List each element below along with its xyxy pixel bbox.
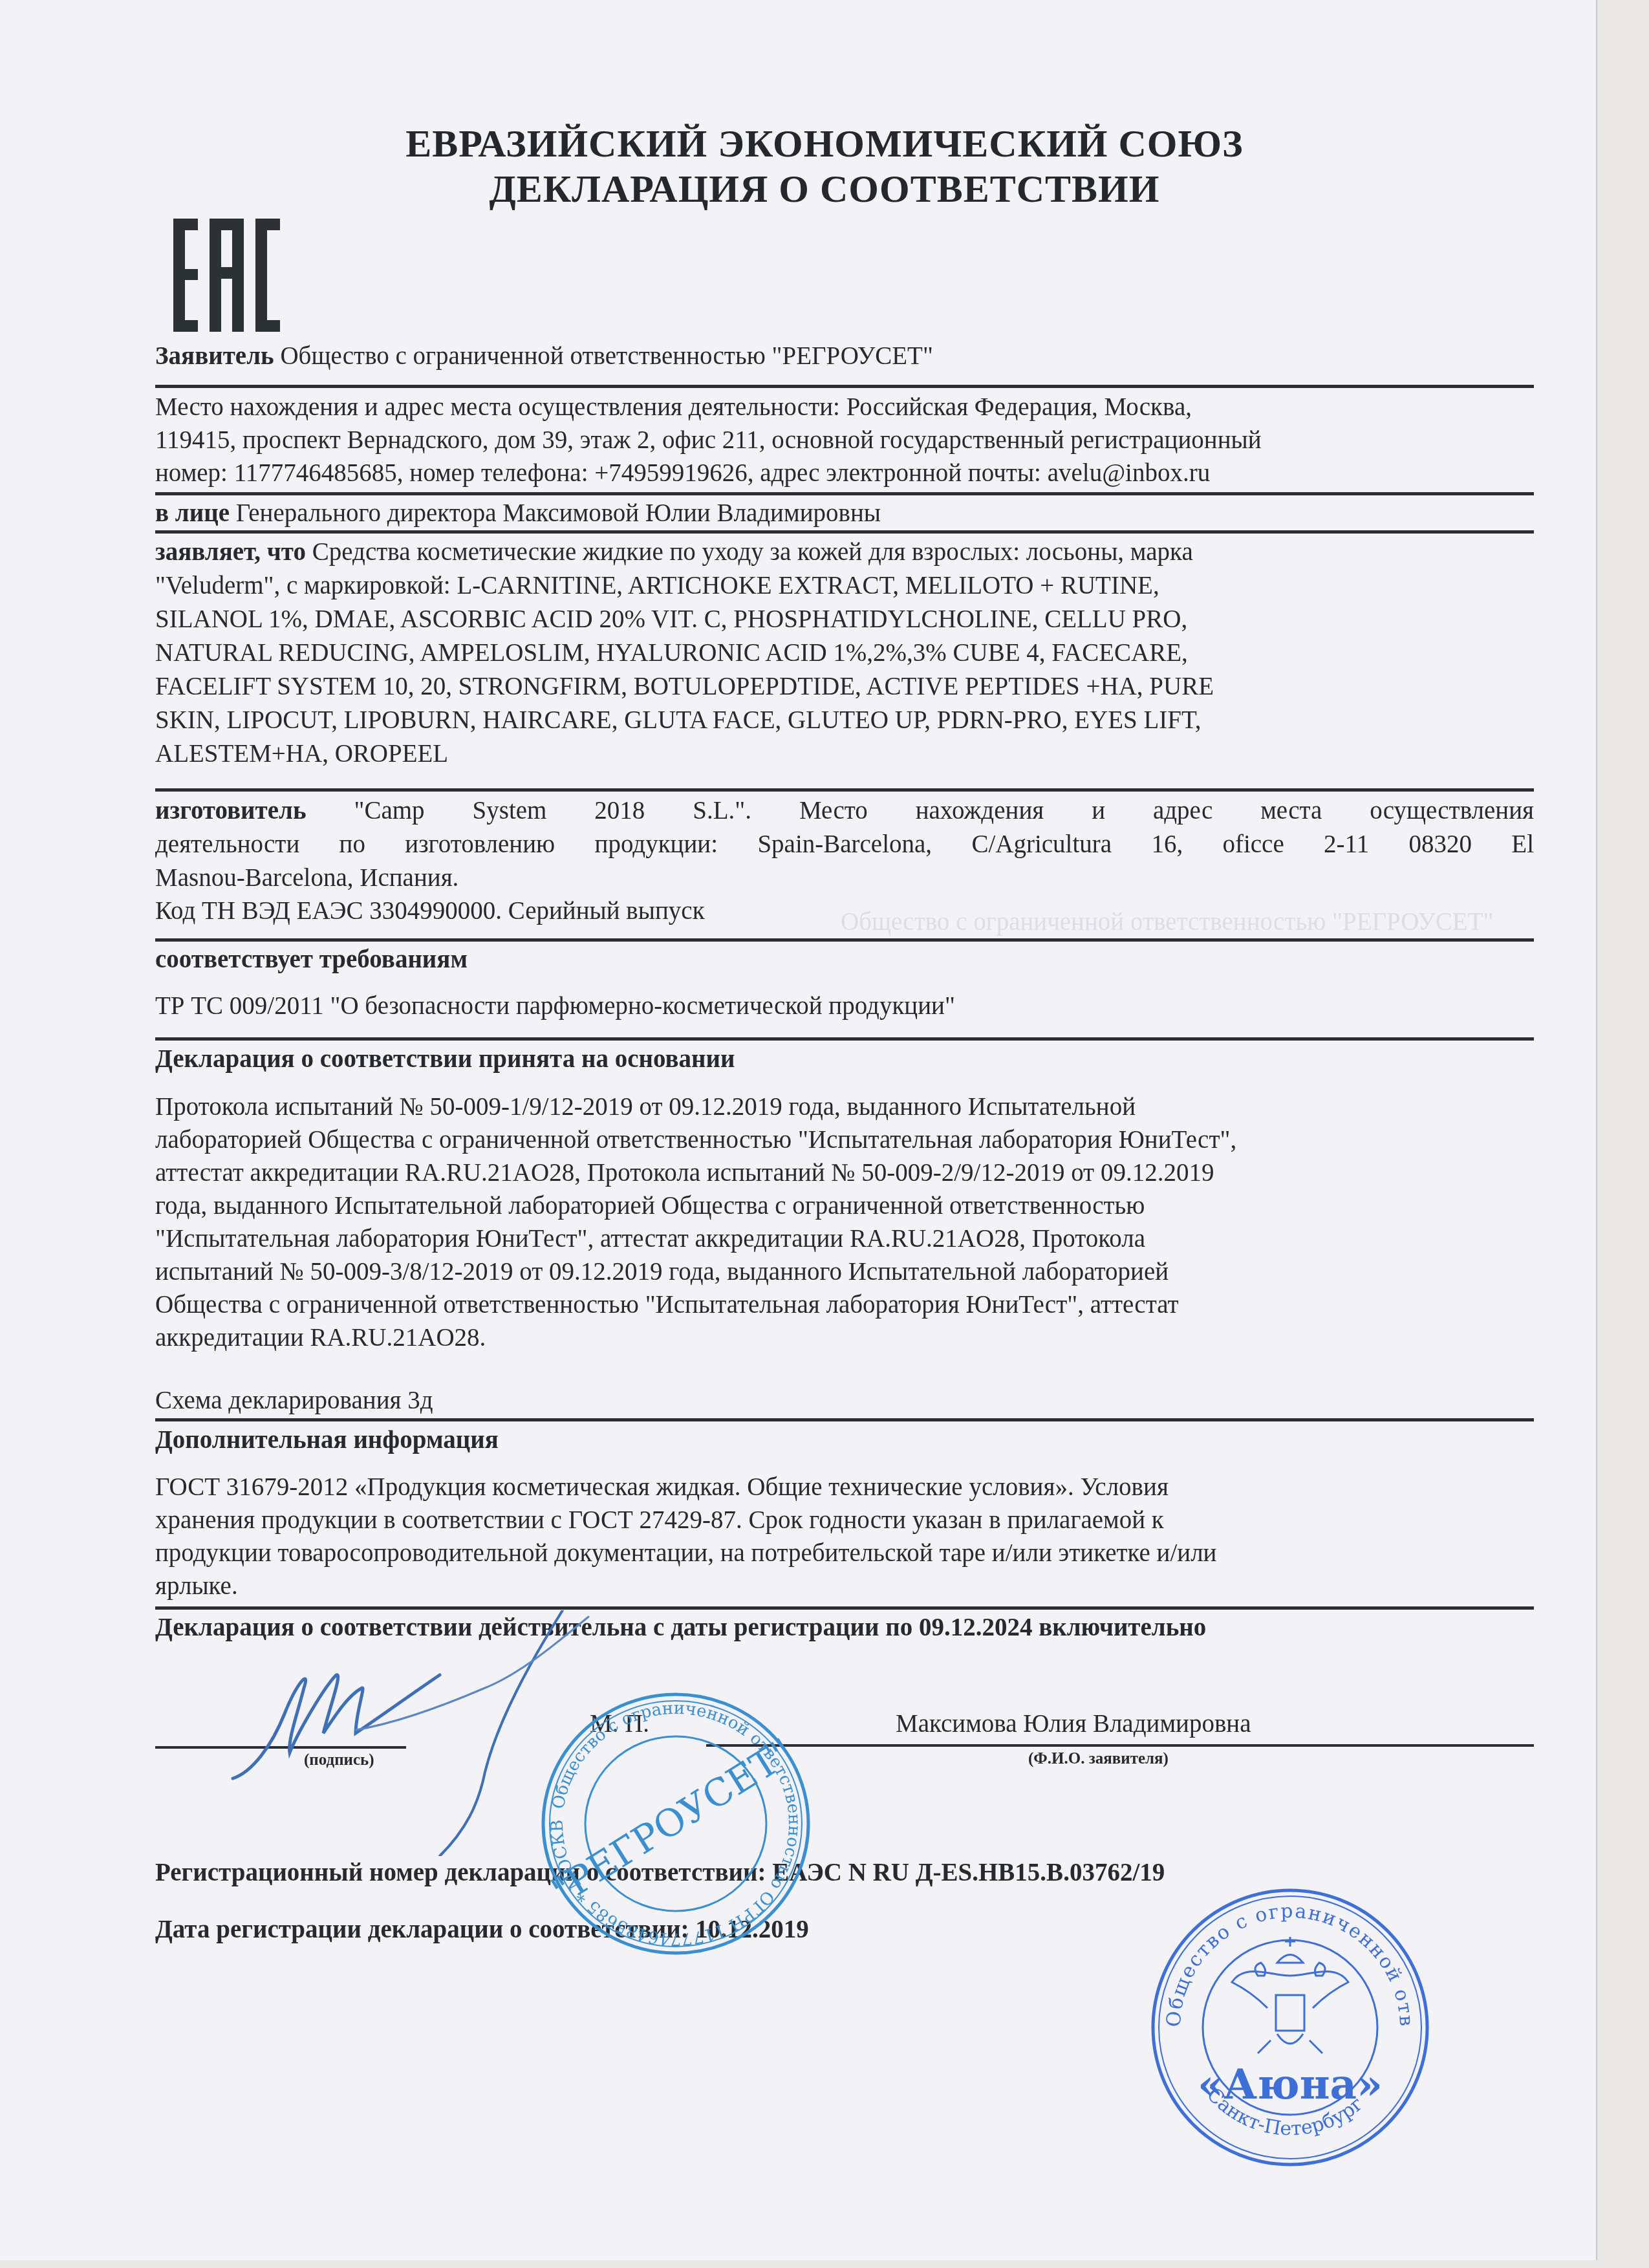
- declares-line-3: SILANOL 1%, DMAE, ASCORBIC ACID 20% VIT.…: [155, 603, 1187, 636]
- basis-line-6: испытаний № 50-009-3/8/12-2019 от 09.12.…: [155, 1255, 1169, 1288]
- divider: [155, 1606, 1534, 1610]
- representative-value: Генерального директора Максимовой Юлии В…: [236, 499, 881, 527]
- ayuna-stamp-icon: Общество с ограниченной ответственностью…: [1148, 1885, 1432, 2170]
- basis-line-5: "Испытательная лаборатория ЮниТест", атт…: [155, 1222, 1145, 1255]
- hs-code-line: Код ТН ВЭД ЕАЭС 3304990000. Серийный вып…: [155, 894, 705, 927]
- divider: [155, 938, 1534, 942]
- basis-line-8: аккредитации RA.RU.21AO28.: [155, 1321, 486, 1354]
- address-line-3: номер: 1177746485685, номер телефона: +7…: [155, 457, 1210, 490]
- representative-label: в лице: [155, 499, 230, 527]
- divider: [155, 1037, 1534, 1041]
- applicant-label: Заявитель: [155, 342, 274, 370]
- declares-line-6: SKIN, LIPOCUT, LIPOBURN, HAIRCARE, GLUTA…: [155, 704, 1202, 737]
- regrouset-stamp-icon: Общество с ограниченной ответственностью…: [537, 1688, 815, 1960]
- title-line-2: ДЕКЛАРАЦИЯ О СООТВЕТСТВИИ: [0, 167, 1649, 211]
- declares-line-5: FACELIFT SYSTEM 10, 20, STRONGFIRM, BOTU…: [155, 670, 1214, 703]
- divider: [155, 788, 1534, 792]
- divider: [155, 492, 1534, 495]
- additional-line-4: ярлыке.: [155, 1570, 238, 1603]
- manufacturer-line-1: изготовитель "Camp System 2018 S.L.". Ме…: [155, 794, 1534, 827]
- additional-line-1: ГОСТ 31679-2012 «Продукция косметическая…: [155, 1471, 1169, 1504]
- registration-number-value: ЕАЭС N RU Д-ES.НВ15.В.03762/19: [772, 1859, 1165, 1886]
- conformity-label: соответствует требованиям: [155, 943, 468, 976]
- divider: [155, 385, 1534, 388]
- declares-label: заявляет, что: [155, 538, 306, 566]
- coat-of-arms-icon: [1232, 1937, 1348, 2053]
- name-caption: (Ф.И.О. заявителя): [1028, 1750, 1169, 1768]
- basis-label: Декларация о соответствии принята на осн…: [155, 1042, 735, 1075]
- additional-label: Дополнительная информация: [155, 1423, 499, 1456]
- declares-line-2: "Veluderm", с маркировкой: L-CARNITINE, …: [155, 569, 1159, 602]
- address-line-2: 119415, проспект Вернадского, дом 39, эт…: [155, 424, 1262, 457]
- ayuna-stamp-center: «Аюна»: [1198, 2060, 1383, 2109]
- basis-line-7: Общества с ограниченной ответственностью…: [155, 1288, 1179, 1321]
- declares-text: Средства косметические жидкие по уходу з…: [312, 538, 1193, 566]
- basis-line-3: аттестат аккредитации RA.RU.21AO28, Прот…: [155, 1156, 1214, 1189]
- basis-line-1: Протокола испытаний № 50-009-1/9/12-2019…: [155, 1090, 1136, 1123]
- manufacturer-name: "Camp System 2018 S.L.". Место нахождени…: [354, 797, 1535, 825]
- manufacturer-line-3: Masnou-Barcelona, Испания.: [155, 861, 458, 894]
- declaration-scheme: Схема декларирования 3д: [155, 1384, 433, 1417]
- title-line-1: ЕВРАЗИЙСКИЙ ЭКОНОМИЧЕСКИЙ СОЮЗ: [0, 122, 1649, 166]
- applicant-value: Общество с ограниченной ответственностью…: [280, 342, 932, 370]
- applicant-row: Заявитель Общество с ограниченной ответс…: [155, 340, 933, 373]
- show-through-text: Общество с ограниченной ответственностью…: [841, 905, 1493, 938]
- manufacturer-label: изготовитель: [155, 797, 307, 825]
- declares-line-4: NATURAL REDUCING, AMPELOSLIM, HYALURONIC…: [155, 636, 1188, 669]
- conformity-value: ТР ТС 009/2011 "О безопасности парфюмерн…: [155, 989, 955, 1022]
- divider: [155, 1418, 1534, 1421]
- additional-line-3: продукции товаросопроводительной докумен…: [155, 1537, 1216, 1570]
- eac-logo-icon: [173, 219, 280, 332]
- document-page: Общество с ограниченной ответственностью…: [0, 0, 1597, 2260]
- additional-line-2: хранения продукции в соответствии с ГОСТ…: [155, 1504, 1164, 1537]
- manufacturer-line-2: деятельности по изготовлению продукции: …: [155, 828, 1534, 861]
- basis-line-2: лабораторией Общества с ограниченной отв…: [155, 1123, 1236, 1156]
- name-line: [706, 1744, 1534, 1747]
- basis-line-4: года, выданного Испытательной лаборатори…: [155, 1189, 1145, 1222]
- address-line-1: Место нахождения и адрес места осуществл…: [155, 391, 1192, 424]
- declares-line-1: заявляет, что Средства косметические жид…: [155, 535, 1193, 568]
- applicant-full-name: Максимова Юлия Владимировна: [896, 1707, 1251, 1740]
- divider: [155, 530, 1534, 534]
- representative-row: в лице Генерального директора Максимовой…: [155, 497, 881, 530]
- declares-line-7: ALESTEM+HA, OROPEEL: [155, 737, 448, 770]
